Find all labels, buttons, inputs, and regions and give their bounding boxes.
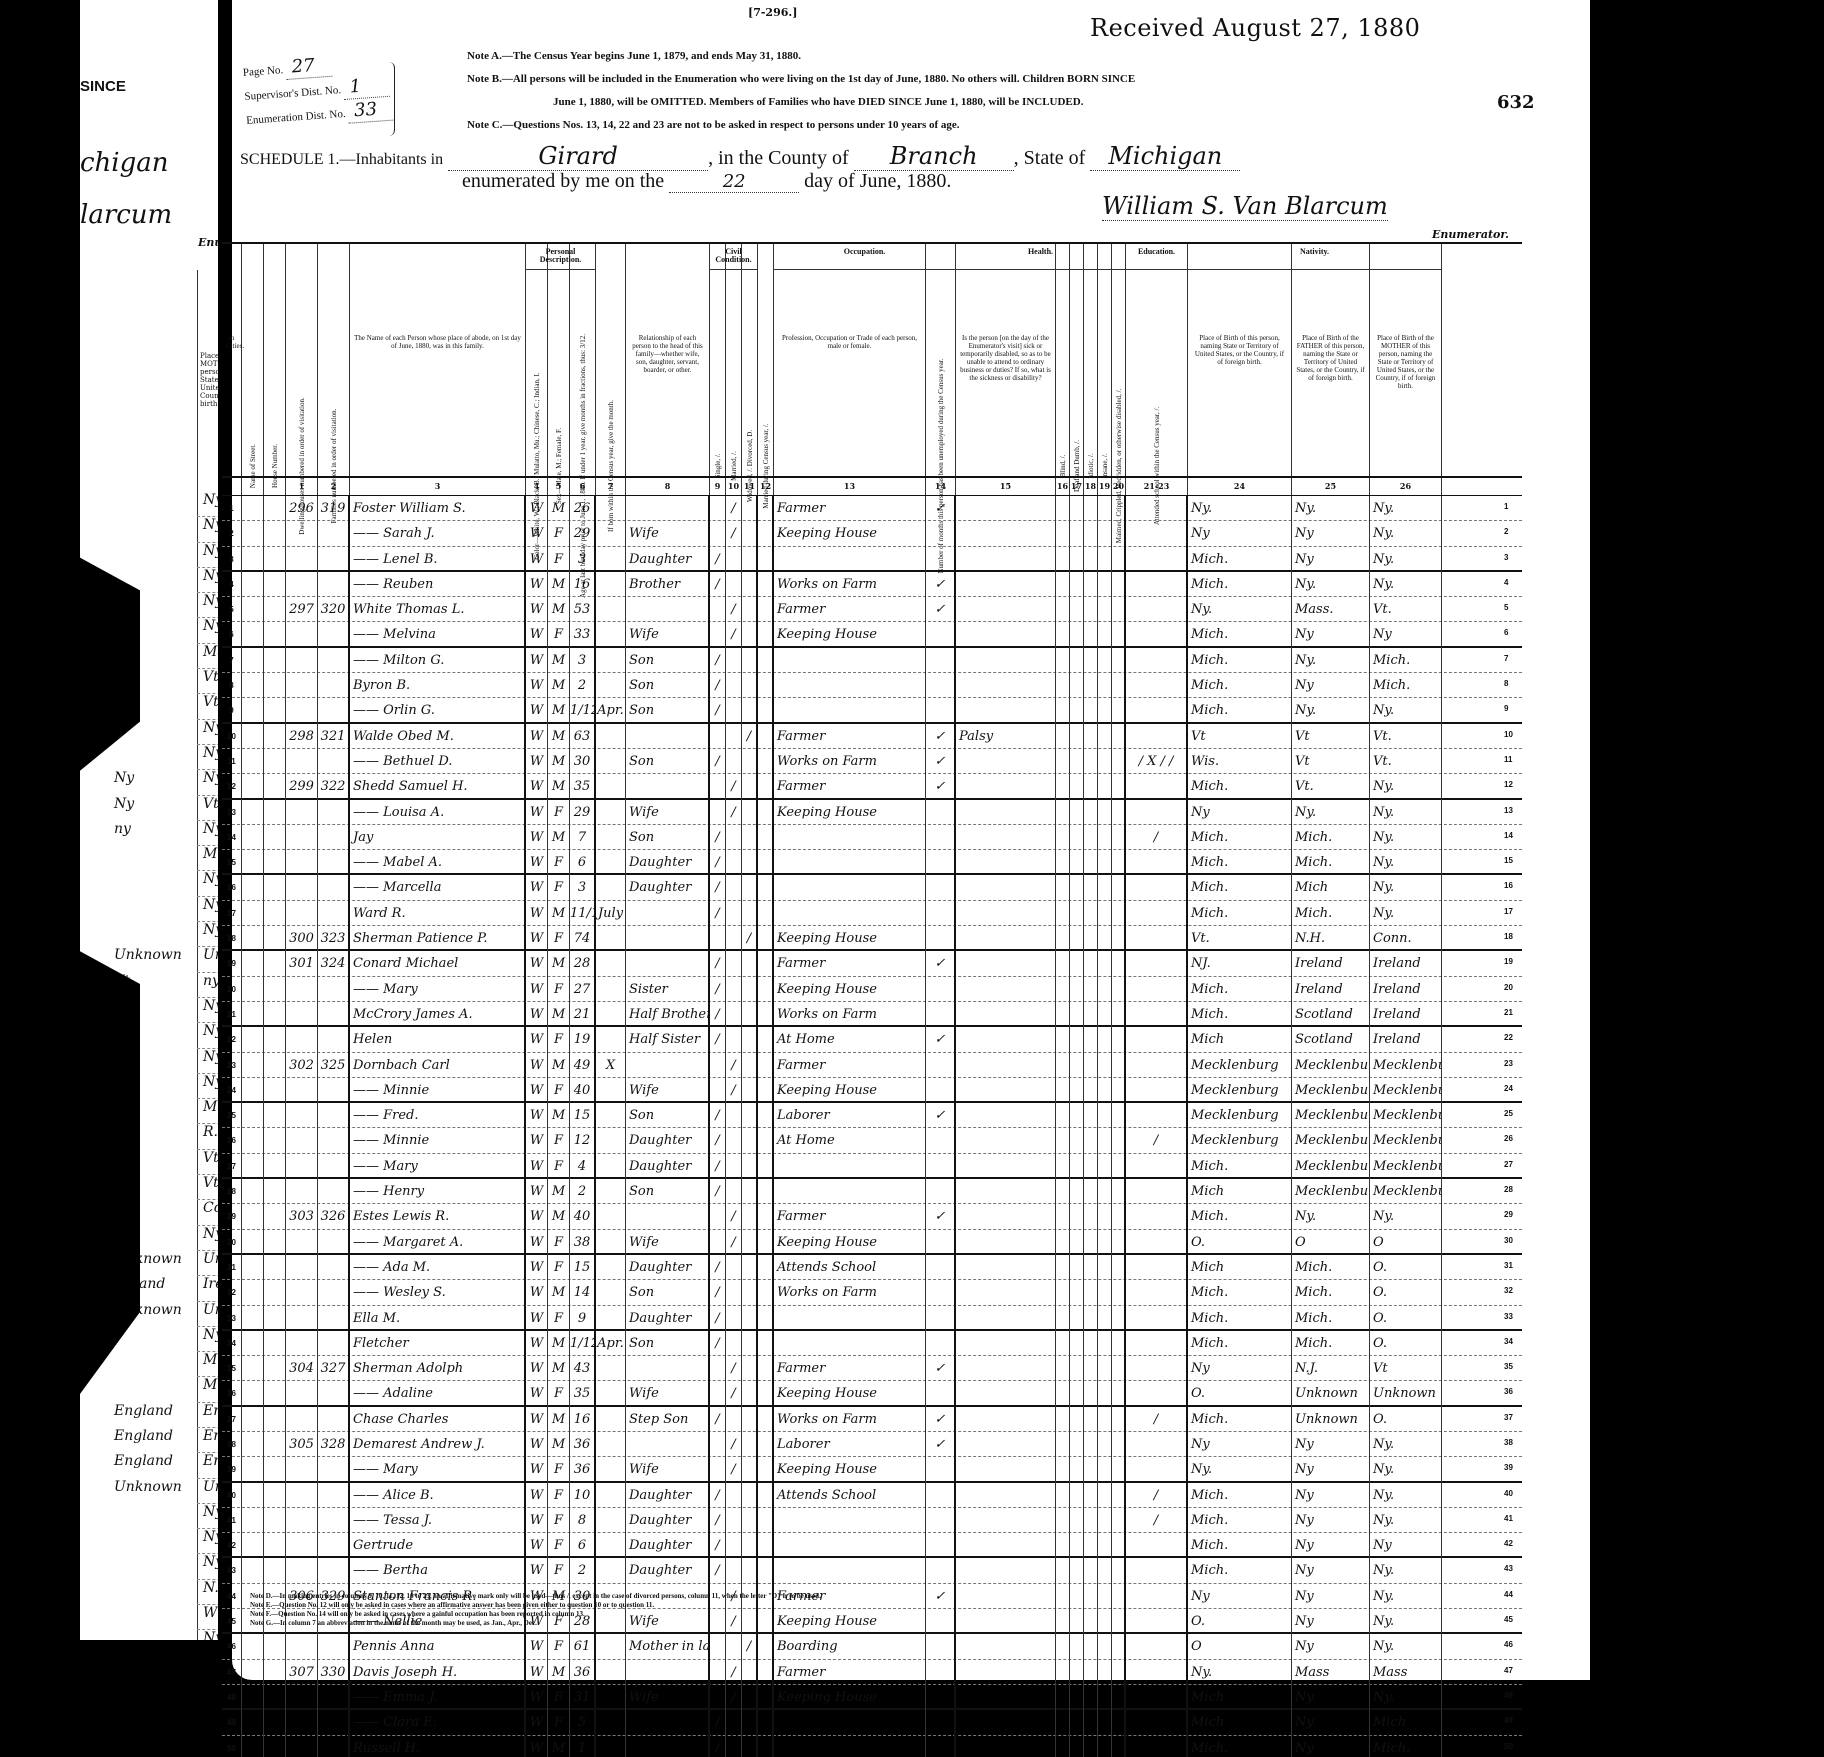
cell-unemployed: ✓ (926, 572, 956, 597)
prev-row-value-25: Scotland (110, 1681, 195, 1706)
prev-row-value-25 (110, 669, 195, 694)
cell-single: / (710, 749, 726, 774)
cell-house (264, 1128, 286, 1153)
cell-idiotic (1084, 1533, 1098, 1558)
cell-maimed (1112, 977, 1126, 1002)
column-header-widowed: Widowed, /. Divorced, D. (742, 244, 758, 476)
cell-mother: Ny. (1370, 496, 1442, 521)
cell-deaf (1070, 1331, 1084, 1356)
cell-name: —— Louisa A. (350, 800, 526, 825)
column-group-label: Nativity. (1188, 248, 1441, 256)
cell-idiotic (1084, 1179, 1098, 1204)
cell-single (710, 1078, 726, 1103)
cell-occupation: Farmer (774, 1356, 926, 1381)
cell-father: Mich. (1292, 1255, 1370, 1280)
cell-occupation (774, 1179, 926, 1204)
cell-occupation (774, 1533, 926, 1558)
cell-house (264, 1331, 286, 1356)
cell-month (596, 1381, 626, 1406)
cell-deaf (1070, 1533, 1084, 1558)
cell-relation (626, 1710, 710, 1735)
cell-idiotic (1084, 724, 1098, 749)
column-group-label: Health. (956, 248, 1125, 256)
cell-relation (626, 1736, 710, 1757)
cell-sickness (956, 1331, 1056, 1356)
cell-blind (1056, 1306, 1070, 1331)
cell-married: / (726, 1685, 742, 1710)
cell-mother: Ny. (1370, 774, 1442, 799)
cell-deaf (1070, 572, 1084, 597)
cell-deaf (1070, 1078, 1084, 1103)
cell-name: Chase Charles (350, 1407, 526, 1432)
cell-dwelling (286, 1634, 318, 1659)
cell-family (318, 1533, 350, 1558)
township-field: Girard (448, 142, 708, 171)
enumeration-label: Enumeration Dist. No. (246, 108, 346, 127)
cell-sickness (956, 572, 1056, 597)
cell-birth: NJ. (1188, 951, 1292, 976)
cell-father: Unknown (1292, 1381, 1370, 1406)
cell-sickness (956, 1584, 1056, 1609)
cell-school (1126, 1381, 1188, 1406)
cell-unemployed: ✓ (926, 951, 956, 976)
cell-month (596, 1457, 626, 1482)
cell-month (596, 1710, 626, 1735)
line-number-right: 8 (1504, 679, 1508, 688)
cell-house (264, 496, 286, 521)
cell-relation (626, 1356, 710, 1381)
cell-maimed (1112, 1078, 1126, 1103)
cell-insane (1098, 1660, 1112, 1685)
prev-row-value-25 (110, 1605, 195, 1630)
cell-mother: Mecklenburg (1370, 1179, 1442, 1204)
cell-occupation: Keeping House (774, 521, 926, 546)
cell-family (318, 1230, 350, 1255)
cell-sickness (956, 648, 1056, 673)
cell-house (264, 951, 286, 976)
cell-color: W (526, 1634, 548, 1659)
cell-occupation: Farmer (774, 496, 926, 521)
cell-father: Ny (1292, 1508, 1370, 1533)
instruction-notes: Note A.—The Census Year begins June 1, 1… (467, 45, 1135, 137)
cell-mother: O. (1370, 1331, 1442, 1356)
cell-mother: Ny. (1370, 698, 1442, 723)
cell-age: 14 (570, 1280, 596, 1305)
cell-street (242, 926, 264, 951)
cell-unemployed: ✓ (926, 597, 956, 622)
cell-married (726, 547, 742, 572)
cell-relation: Sister (626, 977, 710, 1002)
cell-name: Davis Joseph H. (350, 1660, 526, 1685)
cell-mother: Ireland (1370, 1027, 1442, 1052)
cell-dwelling: 298 (286, 724, 318, 749)
cell-single (710, 1230, 726, 1255)
cell-house (264, 572, 286, 597)
cell-widowed (742, 496, 758, 521)
column-header-text: Relationship of each person to the head … (630, 334, 705, 374)
cell-insane (1098, 698, 1112, 723)
cell-ln: 11 (222, 749, 242, 774)
cell-married (726, 1179, 742, 1204)
cell-father: Mecklenburg (1292, 1154, 1370, 1179)
cell-name: Sherman Adolph (350, 1356, 526, 1381)
cell-birth: Mich. (1188, 1736, 1292, 1757)
cell-deaf (1070, 977, 1084, 1002)
cell-dwelling: 307 (286, 1660, 318, 1685)
column-header-mdcy: Married during Census year, /. (758, 244, 774, 476)
prev-row-value-25 (110, 897, 195, 922)
cell-widowed (742, 1508, 758, 1533)
cell-street (242, 597, 264, 622)
cell-unemployed: ✓ (926, 1432, 956, 1457)
cell-deaf (1070, 1609, 1084, 1634)
cell-mdcy (758, 521, 774, 546)
cell-insane (1098, 1558, 1112, 1583)
cell-name: —— Emma J. (350, 1685, 526, 1710)
cell-sickness (956, 1508, 1056, 1533)
cell-school (1126, 1609, 1188, 1634)
cell-family: 328 (318, 1432, 350, 1457)
cell-school (1126, 1103, 1188, 1128)
cell-sickness (956, 1154, 1056, 1179)
cell-family: 327 (318, 1356, 350, 1381)
cell-house (264, 698, 286, 723)
cell-family (318, 875, 350, 900)
cell-sickness (956, 1027, 1056, 1052)
cell-age: 9 (570, 1306, 596, 1331)
line-number-right: 45 (1504, 1615, 1513, 1624)
cell-blind (1056, 1053, 1070, 1078)
cell-mdcy (758, 749, 774, 774)
cell-sex: F (548, 1710, 570, 1735)
cell-unemployed (926, 1306, 956, 1331)
cell-age: 1/12 (570, 1331, 596, 1356)
cell-age: 3 (570, 547, 596, 572)
cell-color: W (526, 1306, 548, 1331)
cell-blind (1056, 1078, 1070, 1103)
cell-ln: 32 (222, 1280, 242, 1305)
cell-family (318, 1128, 350, 1153)
column-number: 8 (626, 478, 710, 495)
cell-widowed (742, 597, 758, 622)
cell-month: X (596, 1053, 626, 1078)
cell-month (596, 1634, 626, 1659)
cell-name: Russell H. (350, 1736, 526, 1757)
cell-birth: Mich. (1188, 1558, 1292, 1583)
line-number-right: 1 (1504, 502, 1508, 511)
cell-sickness (956, 1710, 1056, 1735)
cell-color: W (526, 622, 548, 647)
cell-father: N.J. (1292, 1356, 1370, 1381)
cell-school (1126, 774, 1188, 799)
cell-widowed (742, 1736, 758, 1757)
cell-occupation: Farmer (774, 724, 926, 749)
cell-birth: Mich. (1188, 901, 1292, 926)
cell-married (726, 977, 742, 1002)
cell-blind (1056, 572, 1070, 597)
cell-occupation: Keeping House (774, 926, 926, 951)
cell-blind (1056, 673, 1070, 698)
cell-sex: F (548, 1483, 570, 1508)
cell-ln: 15 (222, 850, 242, 875)
cell-month (596, 1027, 626, 1052)
cell-family (318, 1483, 350, 1508)
column-header-school: Attended school within the Census year, … (1126, 244, 1188, 476)
cell-occupation: Works on Farm (774, 1280, 926, 1305)
cell-street (242, 1255, 264, 1280)
column-header-text: Married, /. (730, 451, 738, 481)
prev-row-value-25 (110, 694, 195, 719)
cell-mdcy (758, 547, 774, 572)
cell-maimed (1112, 1331, 1126, 1356)
cell-idiotic (1084, 1280, 1098, 1305)
column-header-deaf: Deaf and Dumb, /. (1070, 244, 1084, 476)
cell-birth: Mich. (1188, 698, 1292, 723)
line-number-right: 28 (1504, 1185, 1513, 1194)
cell-occupation: Farmer (774, 774, 926, 799)
cell-blind (1056, 1483, 1070, 1508)
cell-married (726, 1027, 742, 1052)
cell-sickness (956, 1533, 1056, 1558)
cell-age: 5 (570, 1710, 596, 1735)
cell-color: W (526, 926, 548, 951)
column-number: 21-23 (1126, 478, 1188, 495)
column-header-maimed: Maimed, Crippled, Bedridden, or otherwis… (1112, 244, 1126, 476)
table-row: 12299322Shedd Samuel H.WM35/Farmer✓Mich.… (222, 774, 1522, 799)
cell-sickness (956, 1356, 1056, 1381)
line-number-right: 40 (1504, 1489, 1513, 1498)
cell-school (1126, 800, 1188, 825)
note-c: Note C.—Questions Nos. 13, 14, 22 and 23… (467, 114, 1135, 137)
cell-blind (1056, 1204, 1070, 1229)
cell-dwelling (286, 1230, 318, 1255)
cell-idiotic (1084, 1331, 1098, 1356)
line-number-right: 27 (1504, 1160, 1513, 1169)
column-number: 5 (548, 478, 570, 495)
table-row: 29303326Estes Lewis R.WM40/Farmer✓Mich.N… (222, 1204, 1522, 1229)
cell-school (1126, 1558, 1188, 1583)
cell-name: McCrory James A. (350, 1002, 526, 1027)
cell-father: Ny (1292, 1483, 1370, 1508)
cell-ln: 27 (222, 1154, 242, 1179)
cell-maimed (1112, 1128, 1126, 1153)
cell-street (242, 1558, 264, 1583)
cell-single: / (710, 1103, 726, 1128)
prev-row-value-25 (110, 1124, 195, 1149)
cell-blind (1056, 698, 1070, 723)
cell-age: 6 (570, 850, 596, 875)
cell-relation: Son (626, 1103, 710, 1128)
cell-sex: F (548, 1457, 570, 1482)
table-row: 26—— MinnieWF12Daughter/At Home/Mecklenb… (222, 1128, 1522, 1153)
cell-house (264, 1558, 286, 1583)
cell-school (1126, 1230, 1188, 1255)
cell-insane (1098, 901, 1112, 926)
cell-street (242, 1331, 264, 1356)
table-row: 27—— MaryWF4Daughter/Mich.MecklenburgMec… (222, 1154, 1522, 1179)
cell-married: / (726, 521, 742, 546)
cell-school: / (1126, 1483, 1188, 1508)
cell-family: 320 (318, 597, 350, 622)
cell-house (264, 800, 286, 825)
cell-birth: Ny. (1188, 1457, 1292, 1482)
cell-blind (1056, 1128, 1070, 1153)
cell-birth: Mich. (1188, 875, 1292, 900)
cell-idiotic (1084, 1660, 1098, 1685)
cell-idiotic (1084, 1558, 1098, 1583)
cell-mother: Mecklenburg (1370, 1103, 1442, 1128)
line-number-right: 30 (1504, 1236, 1513, 1245)
sheet-number: 632 (1497, 92, 1535, 113)
cell-blind (1056, 622, 1070, 647)
cell-father: Ny (1292, 1558, 1370, 1583)
cell-name: Byron B. (350, 673, 526, 698)
cell-maimed (1112, 1432, 1126, 1457)
cell-mdcy (758, 1002, 774, 1027)
cell-occupation (774, 673, 926, 698)
cell-blind (1056, 1027, 1070, 1052)
cell-month (596, 1356, 626, 1381)
prev-row-value-25 (110, 1529, 195, 1554)
cell-birth: Mich. (1188, 1331, 1292, 1356)
cell-street (242, 572, 264, 597)
table-row: 14JayWM7Son//Mich.Mich.Ny.14 (222, 825, 1522, 850)
cell-insane (1098, 1204, 1112, 1229)
cell-mdcy (758, 875, 774, 900)
column-numbers: 123456789101112131415161718192021-232425… (222, 478, 1522, 496)
cell-unemployed (926, 1685, 956, 1710)
cell-sex: F (548, 1230, 570, 1255)
cell-idiotic (1084, 673, 1098, 698)
cell-maimed (1112, 698, 1126, 723)
cell-sex: F (548, 1154, 570, 1179)
cell-color: W (526, 1154, 548, 1179)
cell-ln: 30 (222, 1230, 242, 1255)
cell-month: July (596, 901, 626, 926)
prev-row-value-25 (110, 1074, 195, 1099)
cell-father: Mass (1292, 1660, 1370, 1685)
cell-occupation (774, 1736, 926, 1757)
cell-mother: O. (1370, 1407, 1442, 1432)
cell-ln: 48 (222, 1685, 242, 1710)
cell-mother: Vt (1370, 1356, 1442, 1381)
cell-school (1126, 1002, 1188, 1027)
cell-relation: Son (626, 749, 710, 774)
cell-father: Ny (1292, 622, 1370, 647)
cell-sex: M (548, 1407, 570, 1432)
cell-school (1126, 1280, 1188, 1305)
cell-occupation: Laborer (774, 1432, 926, 1457)
cell-insane (1098, 977, 1112, 1002)
cell-dwelling (286, 1508, 318, 1533)
column-number: 7 (596, 478, 626, 495)
table-row: 24—— MinnieWF40Wife/Keeping HouseMecklen… (222, 1078, 1522, 1103)
cell-sickness: Palsy (956, 724, 1056, 749)
cell-month (596, 673, 626, 698)
cell-father: Ny. (1292, 800, 1370, 825)
cell-maimed (1112, 875, 1126, 900)
cell-single: / (710, 1280, 726, 1305)
cell-mother: Mich. (1370, 673, 1442, 698)
cell-single: / (710, 673, 726, 698)
cell-dwelling: 305 (286, 1432, 318, 1457)
cell-deaf (1070, 1660, 1084, 1685)
cell-unemployed (926, 1710, 956, 1735)
cell-age: 35 (570, 1381, 596, 1406)
cell-ln: 6 (222, 622, 242, 647)
cell-unemployed (926, 1078, 956, 1103)
cell-mdcy (758, 1508, 774, 1533)
cell-month (596, 926, 626, 951)
cell-school: / (1126, 825, 1188, 850)
cell-occupation (774, 875, 926, 900)
cell-dwelling (286, 622, 318, 647)
cell-color: W (526, 1230, 548, 1255)
cell-age: 2 (570, 673, 596, 698)
cell-deaf (1070, 597, 1084, 622)
cell-house (264, 977, 286, 1002)
cell-color: W (526, 1432, 548, 1457)
prev-row-value-25 (110, 1706, 195, 1731)
cell-color: W (526, 698, 548, 723)
cell-dwelling: 304 (286, 1356, 318, 1381)
cell-mother: Ny. (1370, 875, 1442, 900)
cell-birth: Ny. (1188, 1660, 1292, 1685)
cell-relation: Daughter (626, 875, 710, 900)
cell-idiotic (1084, 1027, 1098, 1052)
cell-ln: 10 (222, 724, 242, 749)
cell-blind (1056, 1685, 1070, 1710)
cell-deaf (1070, 1356, 1084, 1381)
cell-married (726, 572, 742, 597)
cell-mother: Ny. (1370, 825, 1442, 850)
cell-father: Vt (1292, 724, 1370, 749)
cell-insane (1098, 1053, 1112, 1078)
cell-house (264, 1204, 286, 1229)
cell-school (1126, 521, 1188, 546)
cell-sickness (956, 622, 1056, 647)
cell-color: W (526, 825, 548, 850)
cell-sickness (956, 1204, 1056, 1229)
table-row: 47307330Davis Joseph H.WM36/FarmerNy.Mas… (222, 1660, 1522, 1685)
cell-unemployed (926, 977, 956, 1002)
cell-father: Ny. (1292, 1685, 1370, 1710)
cell-deaf (1070, 1407, 1084, 1432)
schedule-label: SCHEDULE 1.—Inhabitants in (240, 151, 443, 168)
cell-sickness (956, 825, 1056, 850)
prev-row-value-25 (110, 846, 195, 871)
cell-mother: Mecklenburg (1370, 1053, 1442, 1078)
cell-deaf (1070, 1154, 1084, 1179)
supervisor-label: Supervisor's Dist. No. (244, 84, 341, 103)
cell-sex: M (548, 1660, 570, 1685)
cell-ln: 16 (222, 875, 242, 900)
cell-color: W (526, 1736, 548, 1757)
column-header-text: Blind, /. (1059, 455, 1067, 478)
cell-mdcy (758, 1255, 774, 1280)
cell-street (242, 622, 264, 647)
cell-color: W (526, 850, 548, 875)
cell-sickness (956, 1634, 1056, 1659)
cell-sickness (956, 1230, 1056, 1255)
cell-dwelling (286, 1128, 318, 1153)
cell-sickness (956, 1736, 1056, 1757)
cell-sex: F (548, 1255, 570, 1280)
cell-color: W (526, 521, 548, 546)
cell-family (318, 1306, 350, 1331)
column-number: 19 (1098, 478, 1112, 495)
cell-family (318, 673, 350, 698)
